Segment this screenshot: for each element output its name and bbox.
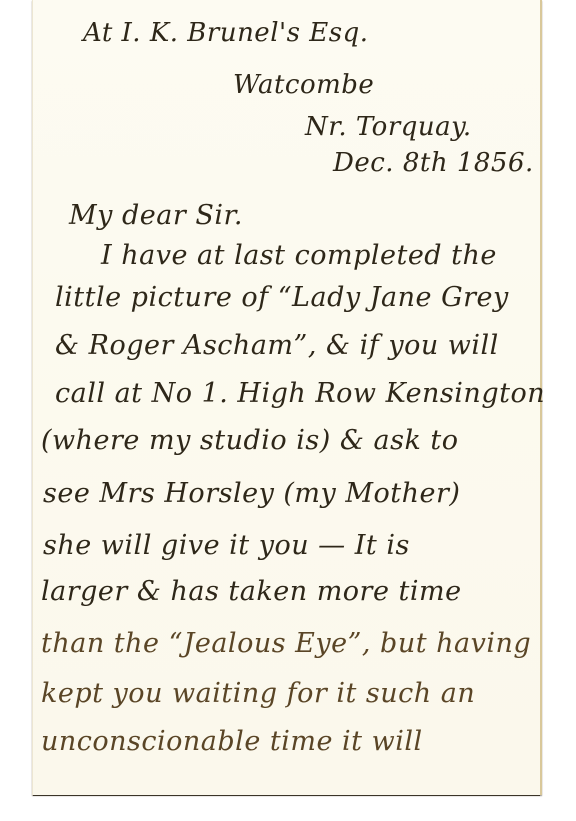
address-line-1: At I. K. Brunel's Esq. xyxy=(83,18,369,48)
body-line: little picture of “Lady Jane Grey xyxy=(55,282,509,313)
address-line-2: Watcombe xyxy=(233,70,374,100)
body-line: kept you waiting for it such an xyxy=(41,678,475,709)
body-line: larger & has taken more time xyxy=(41,576,462,607)
body-line: call at No 1. High Row Kensington xyxy=(55,378,545,409)
body-line: she will give it you — It is xyxy=(43,530,410,561)
salutation: My dear Sir. xyxy=(69,200,243,231)
address-line-3: Nr. Torquay. xyxy=(305,112,472,142)
body-line: I have at last completed the xyxy=(101,240,497,271)
letter-page: At I. K. Brunel's Esq. Watcombe Nr. Torq… xyxy=(32,0,542,795)
body-line: (where my studio is) & ask to xyxy=(41,425,459,456)
letter-date: Dec. 8th 1856. xyxy=(333,148,534,178)
body-line: see Mrs Horsley (my Mother) xyxy=(43,478,460,509)
body-line: than the “Jealous Eye”, but having xyxy=(41,628,531,659)
body-line: & Roger Ascham”, & if you will xyxy=(55,330,499,361)
body-line: unconscionable time it will xyxy=(41,726,423,757)
